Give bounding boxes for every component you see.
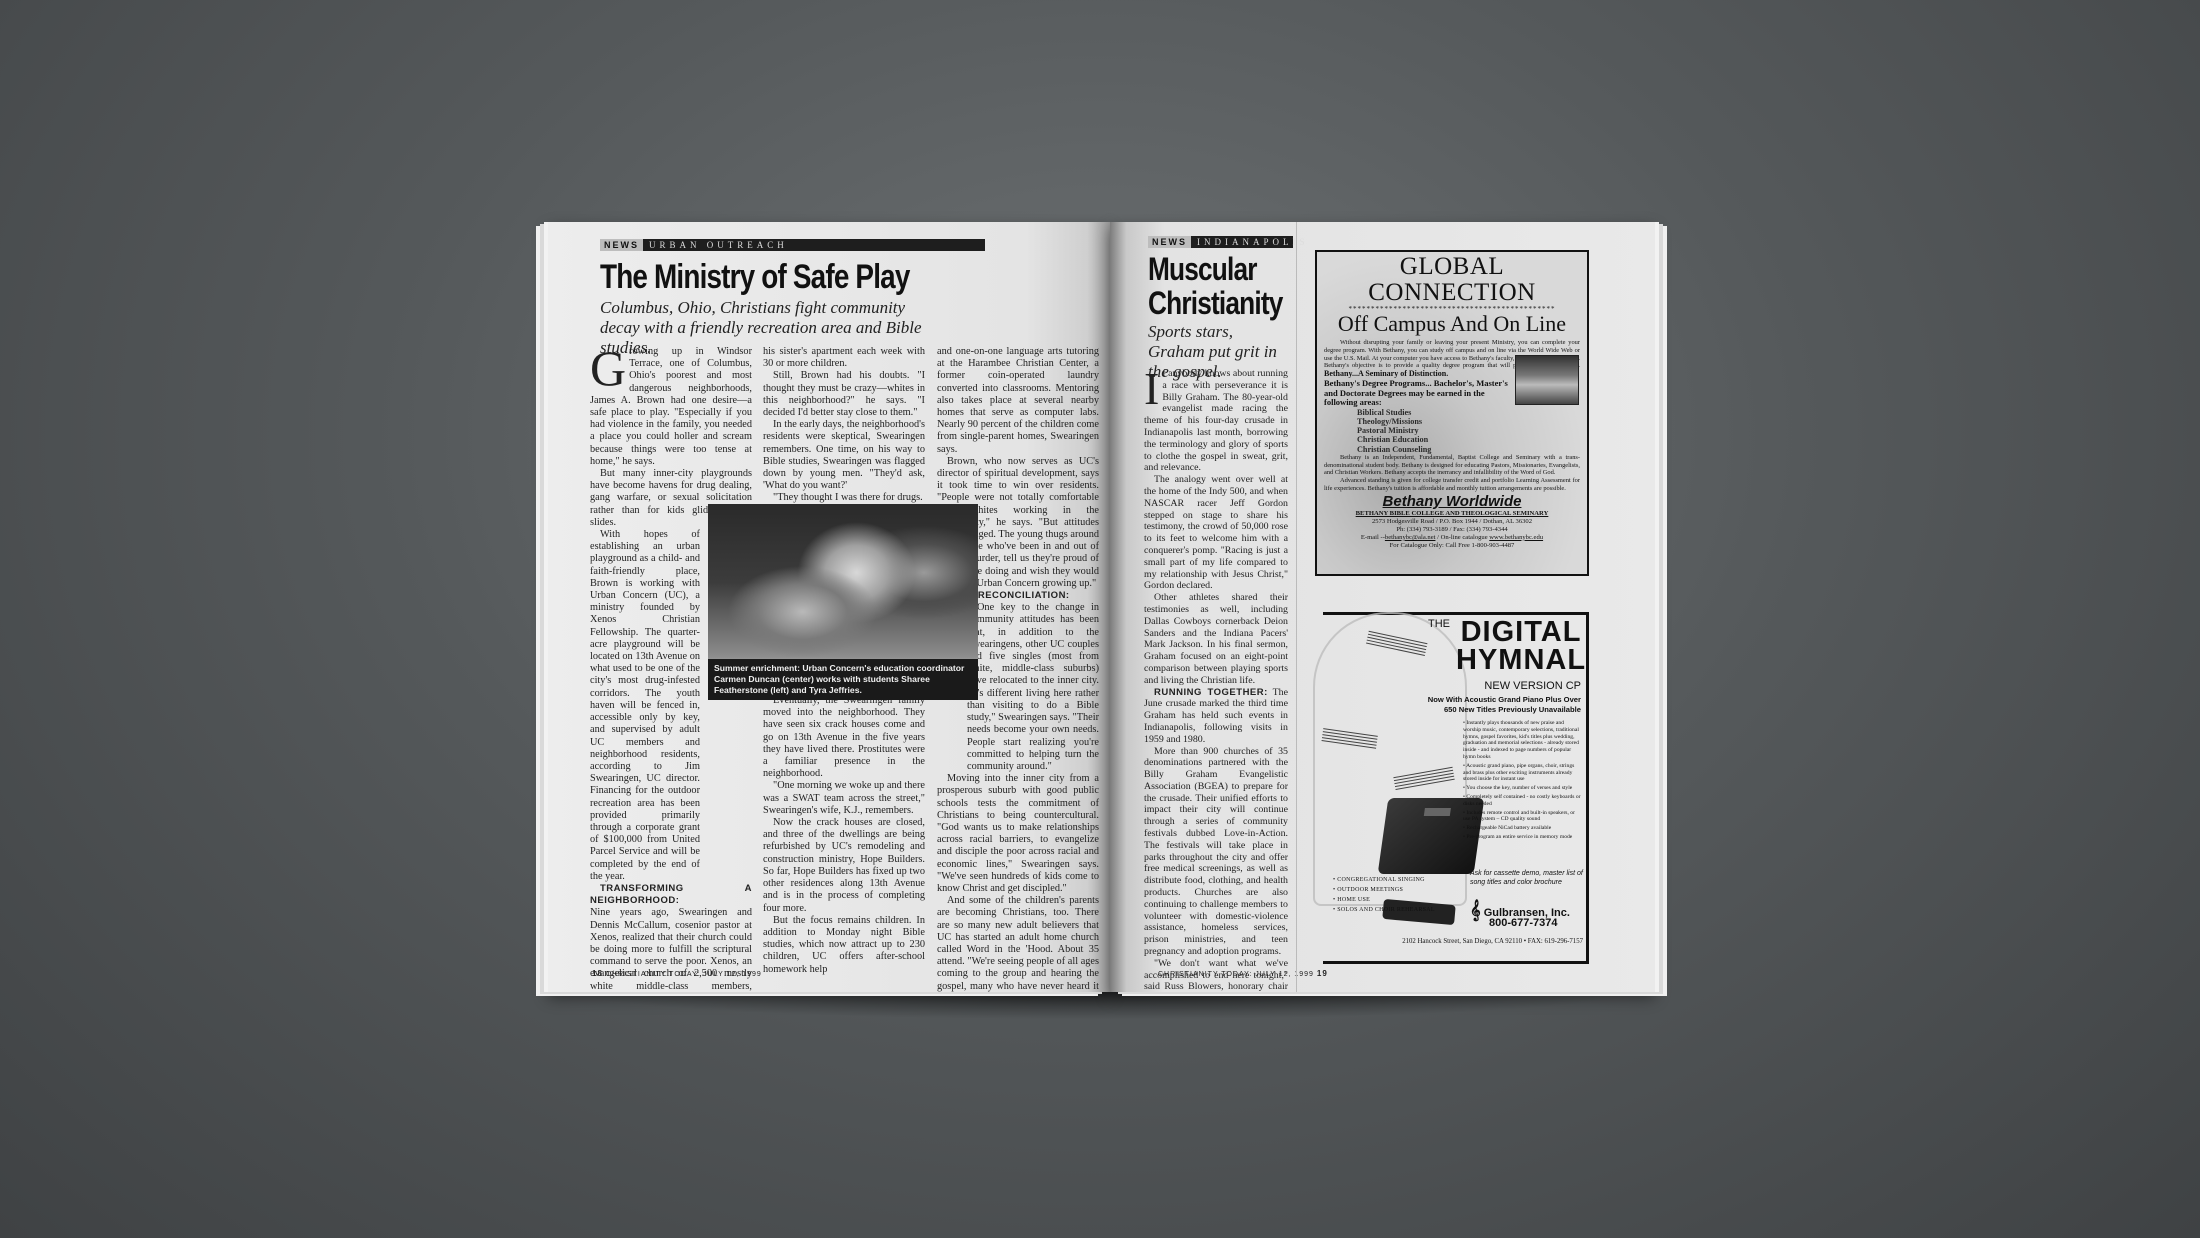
ad-version: NEW VERSION CP: [1484, 680, 1581, 692]
paragraph: his sister's apartment each week with 30…: [763, 346, 925, 370]
paragraph: Eventually, the Swearingen family moved …: [763, 695, 925, 780]
title-line: HYMNAL: [1456, 646, 1586, 674]
column-rule: [1296, 222, 1297, 992]
ad-about: Bethany is an Independent, Fundamental, …: [1317, 454, 1587, 477]
ad-standing: Advanced standing is given for college t…: [1317, 477, 1587, 493]
ad-contact: E-mail --bethanybc@ala.net / On-line cat…: [1317, 534, 1587, 542]
program-item: Pastoral Ministry: [1357, 426, 1587, 435]
ad-subtitle: Now With Acoustic Grand Piano Plus Over …: [1428, 695, 1581, 714]
subtitle-line: Now With Acoustic Grand Piano Plus Over: [1428, 695, 1581, 705]
ad-title: GLOBAL CONNECTION: [1317, 254, 1587, 306]
kicker-tag: NEWS: [1148, 236, 1191, 248]
kicker-section: URBAN OUTREACH: [643, 239, 985, 251]
paragraph: Still, Brown had his doubts. "I thought …: [763, 370, 925, 419]
email-link[interactable]: bethanybc@ala.net: [1385, 534, 1436, 541]
ad-call: For Catalogue Only: Call Free 1-800-903-…: [1317, 542, 1587, 550]
paragraph: and one-on-one language arts tutoring at…: [937, 346, 1099, 456]
ad-tagline: Bethany...A Seminary of Distinction.: [1324, 369, 1448, 378]
dropcap: I: [1144, 370, 1159, 408]
feature-item: Pre-program an entire service in memory …: [1463, 834, 1583, 841]
program-item: Christian Counseling: [1357, 445, 1587, 454]
ad-brand: Bethany Worldwide: [1317, 493, 1587, 510]
subhead: RUNNING TOGETHER:: [1154, 687, 1268, 698]
program-item: Biblical Studies: [1357, 408, 1587, 417]
paragraph: Nine years ago, Swearingen and Dennis Mc…: [590, 907, 752, 992]
paragraph: And some of the children's parents are b…: [937, 895, 1099, 992]
digital-hymnal-advertisement: THE DIGITAL HYMNAL NEW VERSION CP Now Wi…: [1313, 612, 1589, 964]
feature-item: You choose the key, number of verses and…: [1463, 785, 1583, 792]
uses-list: CONGREGATIONAL SINGING OUTDOOR MEETINGS …: [1333, 877, 1453, 917]
title-line: DIGITAL: [1456, 618, 1586, 646]
paragraph: Now the crack houses are closed, and thr…: [763, 817, 925, 915]
use-item: CONGREGATIONAL SINGING: [1333, 877, 1453, 884]
company-address: 2102 Hancock Street, San Diego, CA 92110…: [1402, 938, 1583, 945]
feature-item: Acoustic grand piano, pipe organs, choir…: [1463, 763, 1583, 783]
treble-clef-icon: 𝄞: [1470, 900, 1481, 920]
kicker-tag: NEWS: [600, 239, 643, 251]
paragraph: "One morning we woke up and there was a …: [763, 780, 925, 817]
ad-title: DIGITAL HYMNAL: [1456, 618, 1586, 674]
catalog-label: / On-line catalogue: [1435, 534, 1489, 541]
subtitle-line: 650 New Titles Previously Unavailable: [1428, 705, 1581, 715]
article-headline: The Ministry of Safe Play: [600, 258, 910, 296]
use-item: OUTDOOR MEETINGS: [1333, 887, 1453, 894]
paragraph: f anybody knows about running a race wit…: [1144, 368, 1288, 473]
paragraph: Other athletes shared their testimonies …: [1144, 592, 1288, 686]
paragraph: One key to the change in community attit…: [967, 602, 1099, 773]
use-item: SOLOS AND CHOIR REHEARSAL: [1333, 907, 1453, 914]
ad-program-list: Biblical Studies Theology/Missions Pasto…: [1317, 408, 1587, 454]
paragraph: "They thought I was there for drugs.: [763, 492, 925, 504]
program-item: Theology/Missions: [1357, 417, 1587, 426]
ad-institution: BETHANY BIBLE COLLEGE AND THEOLOGICAL SE…: [1317, 510, 1587, 518]
paragraph: Moving into the inner city from a prospe…: [937, 773, 1099, 895]
ad-programs-heading: Bethany's Degree Programs... Bachelor's,…: [1317, 379, 1516, 408]
article-photo: Summer enrichment: Urban Concern's educa…: [708, 504, 978, 700]
feature-list: Instantly plays thousands of new praise …: [1463, 720, 1583, 843]
use-item: HOME USE: [1333, 897, 1453, 904]
company-phone: 800-677-7374: [1489, 917, 1558, 929]
article-headline-line-2: Christianity: [1148, 286, 1283, 320]
paragraph: With hopes of establishing an urban play…: [590, 529, 700, 883]
program-item: Christian Education: [1357, 435, 1587, 444]
ad-phone: Ph: (334) 793-3189 / Fax: (334) 793-4344: [1317, 526, 1587, 534]
paragraph: But the focus remains children. In addit…: [763, 915, 925, 976]
feature-item: Completely self contained - no costly ke…: [1463, 794, 1583, 808]
graduate-photo: [1515, 355, 1579, 405]
paragraph: In the early days, the neighborhood's re…: [763, 419, 925, 492]
feature-item: Rechargeable NiCad battery available: [1463, 825, 1583, 832]
feature-item: Includes remote control and built-in spe…: [1463, 810, 1583, 824]
feature-item: Instantly plays thousands of new praise …: [1463, 720, 1583, 761]
page-number: 19: [1317, 969, 1328, 978]
article-headline-line-1: Muscular: [1148, 252, 1257, 286]
ad-address: 2573 Hodgesville Road / P.O. Box 1944 / …: [1317, 518, 1587, 526]
folio-text: CHRISTIANITY TODAY: JULY 12, 1999: [1158, 971, 1314, 978]
page-folio: CHRISTIANITY TODAY: JULY 12, 1999 19: [1158, 969, 1328, 978]
paragraph: The analogy went over well at the home o…: [1144, 474, 1288, 592]
email-label: E-mail --: [1361, 534, 1385, 541]
website-link[interactable]: www.bethanybc.edu: [1489, 534, 1543, 541]
article-column: If anybody knows about running a race wi…: [1144, 368, 1288, 992]
kicker-section: INDIANAPOLIS: [1191, 236, 1293, 248]
ad-subtitle: Off Campus And On Line: [1317, 312, 1587, 336]
left-page: NEWS URBAN OUTREACH The Ministry of Safe…: [548, 222, 1110, 992]
bethany-advertisement: GLOBAL CONNECTION **********************…: [1315, 250, 1589, 576]
subhead: TRANSFORMING A NEIGHBORHOOD:: [590, 883, 752, 906]
section-kicker: NEWS URBAN OUTREACH: [600, 239, 985, 251]
photo-caption: Summer enrichment: Urban Concern's educa…: [708, 659, 978, 700]
section-kicker: NEWS INDIANAPOLIS: [1148, 236, 1293, 248]
dropcap: G: [590, 348, 626, 388]
page-number: 18: [592, 969, 603, 978]
ad-the: THE: [1428, 618, 1450, 630]
folio-text: CHRISTIANITY TODAY: JULY 12, 1999: [606, 971, 762, 978]
page-folio: 18 CHRISTIANITY TODAY: JULY 12, 1999: [592, 969, 762, 978]
ad-call-to-action: Ask for cassette demo, master list of so…: [1470, 870, 1585, 887]
paragraph: More than 900 churches of 35 denominatio…: [1144, 746, 1288, 958]
